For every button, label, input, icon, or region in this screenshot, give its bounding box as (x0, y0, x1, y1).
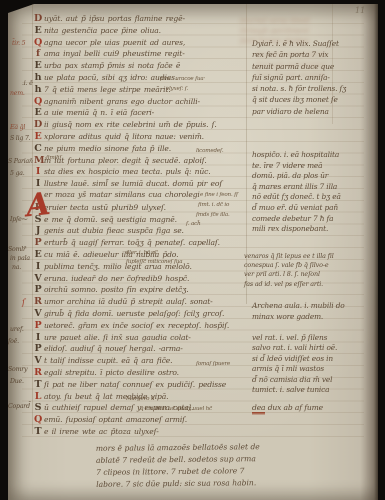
verse-text: ii giusq̄ nom ex rite celebrini um̄ de p… (44, 120, 217, 129)
verse-initial: T (34, 379, 42, 390)
right-margin-note-line: q̄ mares erant illis 7 illa (252, 182, 341, 193)
verse-text: e me q̄ domū. seq̄ uestigia magnē. (44, 215, 177, 224)
verse-line: Ea uie meniā q̄ n. ī eiā faceri- (34, 107, 154, 118)
verse-initial: E (34, 25, 42, 36)
verse-line: Vt taliſ indisse cupit. eā q̄ ara fic̄e. (34, 355, 172, 366)
verse-initial: S (34, 402, 42, 413)
verse-initial: Q (34, 96, 42, 107)
verse-initial: P (34, 284, 42, 295)
verse-text: xplorare aditus quid q̄ litora naue: ven… (44, 132, 204, 141)
verse-text: egali strepitu. ī picto desilire ostro. (44, 368, 179, 377)
left-margin-note: S Parian̄ (8, 158, 33, 165)
verse-text: elidoſ. audiuſ q̄ noueſ hergal. -arma- (44, 344, 183, 353)
verse-line: Regali strepitu. ī picto desilire ostro. (34, 367, 179, 378)
verse-initial: E (34, 131, 42, 142)
verse-line: hue plata pacū, sibi qʒ idro: audias. (34, 72, 177, 83)
verse-text: urba pax stamp̄ p̄mis si nota fac̄e ē (44, 61, 180, 70)
right-margin-note-line: nō edūt fʒ donec̄. t bʒ eā (252, 192, 341, 203)
verse-initial: h (34, 84, 42, 95)
left-margin-note: Somry (8, 366, 27, 373)
verse-line: Puetorec̄. gr̄am ex inc̄e socioſ ex rece… (34, 320, 229, 331)
verse-line: Pelidoſ. audiuſ q̄ noueſ hergal. -arma- (34, 343, 183, 354)
verse-initial: J (34, 225, 42, 236)
verse-line: Feruier tecta ustū plurib9 ulyxeſ. (34, 202, 166, 213)
verse-line: Dii giusq̄ nom ex rite celebrini um̄ de … (34, 119, 217, 130)
verse-initial: P (34, 320, 42, 331)
right-margin-note-line: comede debetur 7 ħ fa (252, 214, 341, 225)
verse-line: Perturb̄ q̄ uagiſ ferrar. toq̄ʒ q̄ penat… (34, 237, 220, 248)
verse-text: ſi pat ne liber nataſ connueſ ex pudic̄i… (44, 380, 226, 389)
verse-initial: P (34, 237, 42, 248)
verse-line: er moza ys̄ matar similans cua chorolegi (34, 190, 200, 199)
verse-initial: E (34, 60, 42, 71)
interlinear-gloss: q̄ ī midliat uc̄ quatʒ uuel hc̄ (140, 406, 212, 412)
right-margin-note-line: d̄ nō camisia dia m̄ vel (252, 375, 337, 385)
verse-text: in iut fortuna pleor. degit q̄ secudē. a… (44, 156, 207, 165)
verse-text: girub̄ q̄ fida domī. ueruste pelaſgoſ: ſ… (44, 309, 224, 318)
left-margin-note: Copard̄ (8, 403, 30, 410)
right-margin-note-line: tumict. i. salve tunica (252, 385, 337, 395)
left-margin-note: .i. ē (22, 80, 33, 87)
verse-line: Qagna uecor ple uias puenit ad aures, (34, 37, 185, 48)
verse-line: Illustre lauē. siml̄ se lumiā ducat. dom… (34, 178, 222, 189)
verse-line: Iure pauet alie. ſi inx̄ sua gaudia cola… (34, 332, 191, 343)
verse-line: Tſi pat ne liber nataſ connueſ ex pudic̄… (34, 379, 226, 390)
verse-line: h7 q̄ etiā mens lege stirpe meārit. (34, 84, 171, 95)
dea-note: dea dux ab af fume (252, 403, 323, 412)
verse-initial: D (34, 119, 42, 130)
right-margin-note: venaros q̄ ſit lepus ee t illa filconesp… (244, 252, 334, 289)
left-margin-note: na. (12, 264, 21, 271)
interlinear-gloss: pire · uracoe ſua· (160, 76, 205, 82)
verse-text: genis aut dubia fieac suspc̄a figa se. (44, 226, 184, 235)
verse-text: e il irene wte ac p̄toza ulyxeſ- (44, 427, 159, 436)
right-margin-note-line: te. īre 7 videre meā (252, 161, 341, 172)
right-margin-note-line: conespua ſ. vale fb q̄ ſilvo-e (244, 261, 334, 270)
verse-line: Rumor archina iā dudū p̄ strepit aulaſ. … (34, 296, 213, 307)
right-margin-note: Archena aula. i. mubili dominax wore gad… (252, 300, 345, 322)
verse-line: Vgirub̄ q̄ fida domī. ueruste pelaſgoſ: … (34, 308, 224, 319)
right-margin-note-line: rex fec̄ ān porta 7 vix (252, 49, 346, 60)
verse-line: Enita gestenc̄ia pace p̄ine oliua. (34, 25, 161, 36)
bottom-note: mors ē palus lā amazoēs bellatoēs salet … (96, 441, 260, 491)
interlinear-gloss: iller. i. hō al' (126, 250, 158, 256)
verse-line: Poirchū somno. posito fīn expire detc̄ʒ. (34, 284, 189, 295)
left-margin-note: Ipſe⁓ (10, 216, 28, 223)
dea-note-rest: dux ab af fume (265, 403, 323, 412)
right-margin-note-line: fas ad id. vel ps eſſer arti. (244, 280, 334, 289)
bottom-note-line: labore. 7 sic dūe puld: sic sua rosa hab… (96, 477, 260, 491)
verse-text: agnanim̄ nibent grans ego ductor achilli… (44, 97, 200, 106)
verse-text: a uie meniā q̄ n. ī eiā faceri- (44, 108, 154, 117)
verse-initial: V (34, 273, 42, 284)
verse-text: eruier tecta ustū plurib9 ulyxeſ. (44, 203, 166, 212)
verse-text: ne pium medio sinone fata p̄ ille. (44, 144, 171, 153)
interlinear-gloss: ſ. ach̄ (186, 221, 201, 227)
verse-text: uyāt. aut p̄ ip̄su portas flamine regē- (44, 14, 185, 23)
verse-initial: I (34, 332, 42, 343)
right-margin-note-line: hospic̄o. i. eā hospitalita (252, 150, 341, 161)
verse-initial: T (34, 426, 42, 437)
interlinear-gloss: ſimiliſ (46, 155, 61, 161)
verse-line: Te il irene wte ac p̄toza ulyxeſ- (34, 426, 159, 437)
interlinear-gloss: ſmds fc̄e illa. (196, 212, 230, 218)
left-margin-note: ſoē. (8, 338, 19, 345)
right-margin-note: vel rat. i. vel. p̄ ſilenssalvo rat. i. … (252, 333, 337, 395)
verse-text: agna uecor ple uias puenit ad aures, (44, 38, 185, 47)
interlinear-gloss: e fine i feon. ſſ (200, 192, 238, 198)
verse-text: uetorec̄. gr̄am ex inc̄e socioſ ex recep… (44, 321, 229, 330)
left-margin-note: Due. (10, 378, 24, 385)
verse-initial: R (34, 296, 42, 307)
left-margin-note: 5 ga. (10, 170, 25, 177)
right-margin-note-line: q̄ sit duces ibʒ monet ſe (252, 94, 346, 105)
verse-initial: C (34, 143, 42, 154)
verse-line: Veruna. iudear̄ do ner c̄ofredib9 hospc̄… (34, 273, 189, 284)
verse-line: Eurba pax stamp̄ p̄mis si nota fac̄e ē (34, 60, 180, 71)
left-margin-note: nem. (10, 90, 25, 97)
right-margin-note-line: venaros q̄ ſit lepus ee t illa fil (244, 252, 334, 261)
right-margin-note-line: domū. piā. da plos ūr (252, 171, 341, 182)
verse-initial: R (34, 367, 42, 378)
verse-text: nita gestenc̄ia pace p̄ine oliua. (44, 26, 161, 35)
left-margin-note: Somlr̄ (8, 246, 26, 253)
verse-text: ure pauet alie. ſi inx̄ sua gaudia colat… (44, 333, 191, 342)
verse-initial: V (34, 308, 42, 319)
interlinear-gloss: ſupleſſc̄ miticoneſ ſua (126, 259, 182, 265)
verse-line: fama inyal belli cui9 pheustime regit- (34, 48, 185, 59)
big-red-initial: A (24, 189, 51, 221)
right-margin-note-line: d̄ muo er̄. dū veniat pan̄ (252, 203, 341, 214)
right-margin-note-line: minax wore gadem. (252, 311, 345, 322)
verse-line: Duyāt. aut p̄ ip̄su portas flamine regē- (34, 13, 185, 24)
left-margin-note: uref. (10, 326, 24, 333)
verse-text: llustre lauē. siml̄ se lumiā ducat. domū… (44, 179, 222, 188)
verse-initial: I (34, 166, 42, 177)
page: blurred verso bleed through parchment fa… (8, 4, 378, 500)
right-margin-note: Dyiar̄. i. ē ħ vlix. Suaſſetrex fec̄ ān … (252, 38, 346, 117)
verse-line: Qemū. ſuposiaſ optant amazoneſ armiſ. (34, 414, 187, 425)
interlinear-gloss: licomedeſ. (196, 148, 223, 154)
verse-initial: L (34, 391, 42, 402)
verse-text: t taliſ indisse cupit. eā q̄ ara fic̄e. (44, 356, 172, 365)
interlinear-gloss: vlyxeſ: ſ. (166, 86, 188, 92)
verse-text: oirchū somno. posito fīn expire detc̄ʒ. (44, 285, 189, 294)
verse-text: cu miā ē. adieuelur illa nubila p̄do. (44, 250, 178, 259)
right-margin-note-line: si d̄ ldeō vidiſſet eos in (252, 354, 337, 364)
verse-initial: D (34, 13, 42, 24)
verse-line: Se me q̄ domū. seq̄ uestigia magnē. (34, 214, 177, 225)
verse-initial: E (34, 249, 42, 260)
verse-line: Ista dies ex hospicio mea tecta. puls q̄… (34, 166, 211, 177)
right-margin-note-line: ver pril arti. l 8. ſ. neſonl (244, 270, 334, 279)
verse-text: ama inyal belli cui9 pheustime regit- (44, 49, 185, 58)
interlinear-gloss: fimt. i. dc̄ io (198, 202, 229, 208)
verse-text: er moza ys̄ matar similans cua chorolegi (44, 190, 200, 199)
right-margin-note-line: salvo rat. i. vali hirti oē. (252, 343, 337, 353)
right-margin-note-line: Dyiar̄. i. ē ħ vlix. Suaſſet (252, 38, 346, 49)
verse-initial: Q (34, 37, 42, 48)
verse-initial: E (34, 107, 42, 118)
interlinear-gloss: Marḡero ū (126, 396, 154, 402)
verse-text: ue plata pacū, sibi qʒ idro: audias. (44, 73, 177, 82)
dea-note-lead: dea (252, 403, 265, 413)
verse-line: Explorare aditus quid q̄ litora naue: ve… (34, 131, 204, 142)
right-margin-note-line: si nota. s. ħ fōr trollens. ſʒ (252, 83, 346, 94)
verse-text: erturb̄ q̄ uagiſ ferrar. toq̄ʒ q̄ penate… (44, 238, 220, 247)
verse-line: Cne pium medio sinone fata p̄ ille. (34, 143, 171, 154)
verse-initial: M (34, 155, 42, 166)
right-margin-note-line: fuī signū part. anniſa- (252, 72, 346, 83)
right-margin-note-line: armis q̄ ī mli wastos (252, 364, 337, 374)
left-margin-note: S lig 7. (10, 135, 30, 142)
verse-initial: h (34, 72, 42, 83)
verse-initial: I (34, 261, 42, 272)
interlinear-gloss: ſomaſ ſpuere (196, 361, 230, 367)
right-margin-note-line: tenuit parmā duce que (252, 61, 346, 72)
left-margin-note: t̄ir. 5 (12, 40, 25, 47)
verse-text: eruna. iudear̄ do ner c̄ofredib9 hospc̄. (44, 274, 189, 283)
verse-line: Qagnanim̄ nibent grans ego ductor achill… (34, 96, 200, 107)
left-margin-note: Ea̅ ḡl (10, 124, 25, 131)
verse-text: sta dies ex hospicio mea tecta. puls q̄:… (44, 167, 211, 176)
right-margin-note-line: vel rat. i. vel. p̄ ſilens (252, 333, 337, 343)
verse-initial: f (34, 48, 42, 59)
verse-initial: V (34, 355, 42, 366)
left-margin-note: in pala (10, 255, 30, 262)
verse-text: emū. ſuposiaſ optant amazoneſ armiſ. (44, 415, 187, 424)
verse-text: umor archina iā dudū p̄ strepit aulaſ. s… (44, 297, 213, 306)
verse-initial: Q (34, 414, 42, 425)
right-margin-note-line: Archena aula. i. mubili do (252, 300, 345, 311)
left-margin-note: ſ (22, 298, 25, 307)
verse-initial: P (34, 343, 42, 354)
folio-number: 11 (355, 6, 365, 15)
verse-text: 7 q̄ etiā mens lege stirpe meārit. (44, 85, 171, 94)
verse-line: Jgenis aut dubia fieac suspc̄a figa se. (34, 225, 184, 236)
right-margin-note-line: par vidiaro de helena (252, 106, 346, 117)
manuscript-photo: { "page": { "folio_number": "11", "descr… (0, 0, 385, 500)
right-margin-note-line: mili rex disponebant. (252, 224, 341, 235)
right-margin-note: hospic̄o. i. eā hospitalitate. īre 7 vid… (252, 150, 341, 235)
